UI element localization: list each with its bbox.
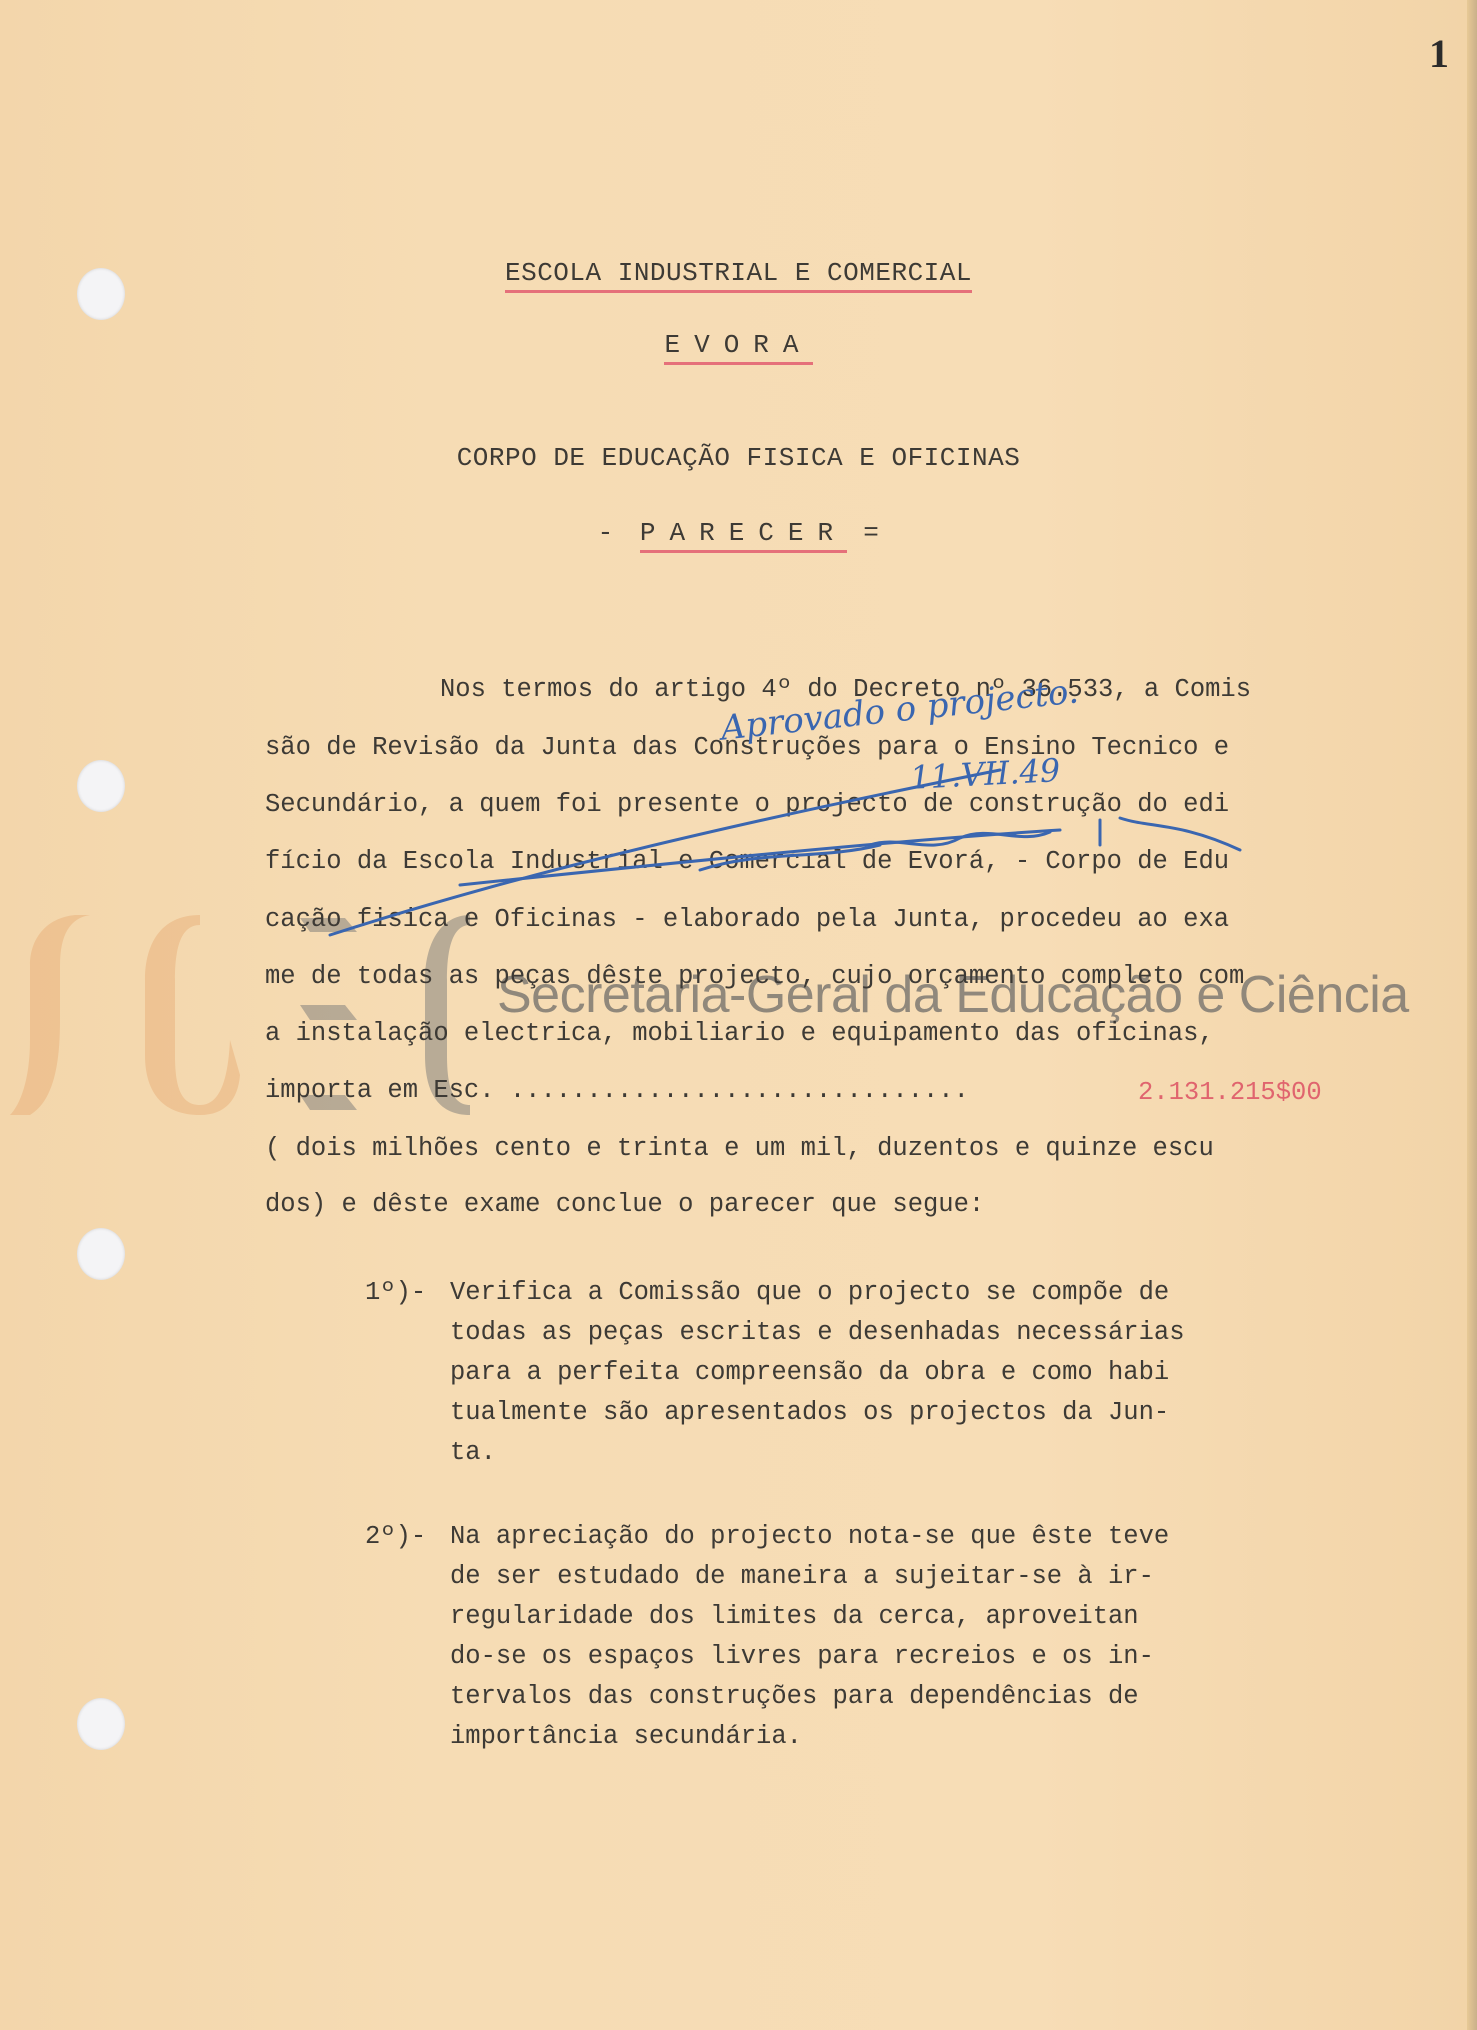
signature-icon — [0, 0, 1477, 2030]
